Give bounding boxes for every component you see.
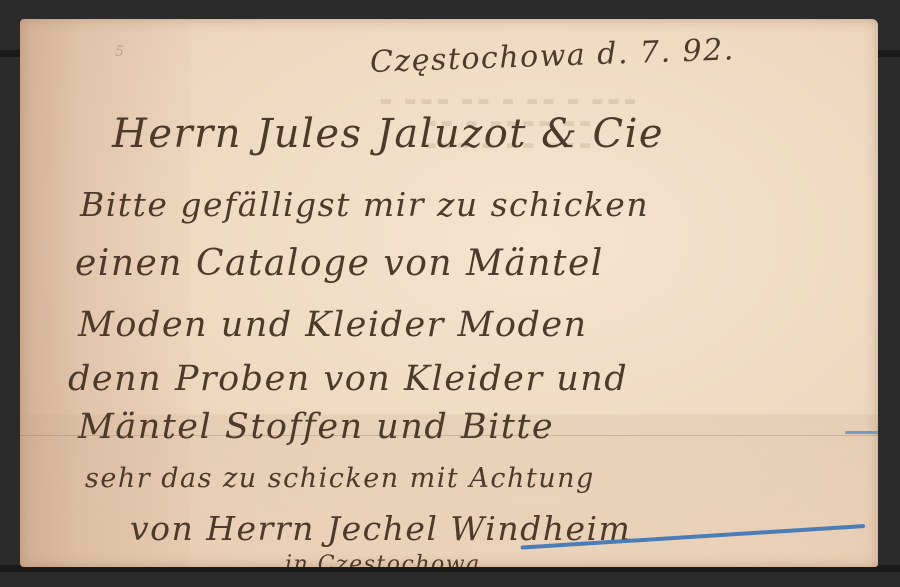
blue-pencil-mark — [845, 431, 878, 434]
addressee-line: Herrn Jules Jaluzot & Cie — [112, 111, 664, 157]
pencil-mark: 5 — [115, 44, 124, 60]
body-line: denn Proben von Kleider und — [68, 359, 628, 399]
body-line: sehr das zu schicken mit Achtung — [85, 463, 595, 494]
body-line: Bitte gefälligst mir zu schicken — [80, 185, 649, 224]
place-date: Częstochowa d. 7. 92. — [369, 32, 735, 80]
signature-line: von Herrn Jechel Windheim — [130, 509, 631, 548]
location-line: in Częstochowa — [285, 552, 481, 567]
body-line: Mäntel Stoffen und Bitte — [78, 407, 554, 447]
postcard: ▬ ▬▬▬ ▬▬ ▬ ▬▬ ▬ ▬▬▬▬▬ ▬ ▬▬▬▬ ▬▬▬▬▬ ▬ ▬▬ … — [20, 19, 878, 567]
body-line: Moden und Kleider Moden — [78, 305, 588, 345]
body-line: einen Cataloge von Mäntel — [75, 243, 604, 284]
